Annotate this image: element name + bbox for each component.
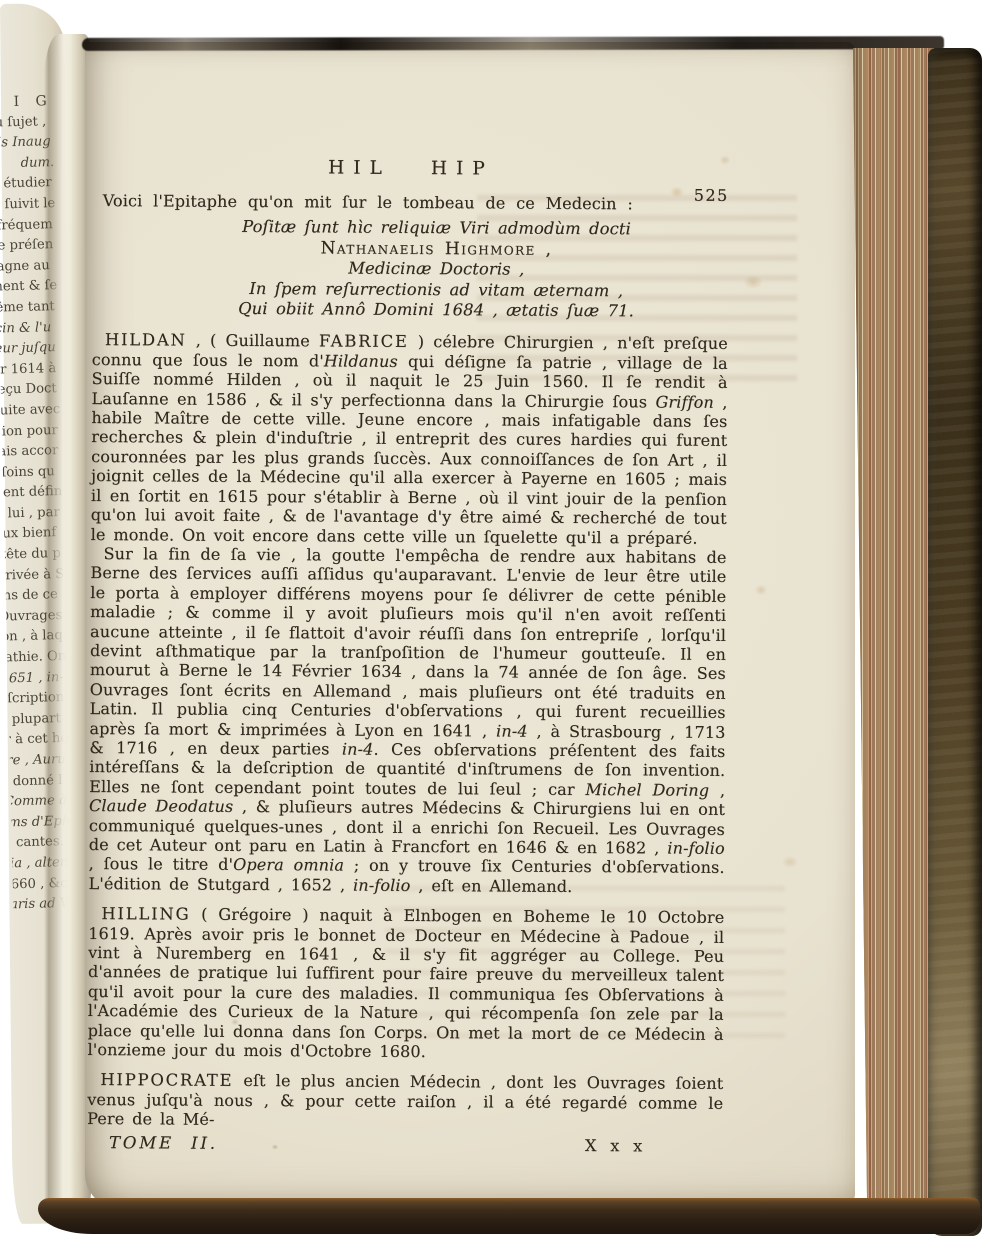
recto-page: HIL HIP 525 Voici l'Epitaphe qu'on mit ſ… <box>85 42 855 1208</box>
book-cover-edge <box>928 48 982 1236</box>
epitaph-line: Qui obiit Annô Domini 1684 , ætatis ſuæ … <box>144 298 728 322</box>
entry-paragraph: HILLING ( Grégoire ) naquit à Elnbogen e… <box>87 904 724 1063</box>
fore-edge-pages <box>853 48 939 1198</box>
epitaph-lines: Poſitæ ſunt hìc reliquiæ Viri admodùm do… <box>144 217 729 323</box>
tome-label: TOME II. <box>109 1133 218 1153</box>
entries: HILDAN , ( Guillaume FABRICE ) célebre C… <box>87 330 728 1132</box>
page-top-edge <box>82 36 944 51</box>
entry-paragraph: HILDAN , ( Guillaume FABRICE ) célebre C… <box>91 330 728 547</box>
page-number: 525 <box>694 186 729 206</box>
gutter-fold <box>44 34 91 1216</box>
running-head: HIL HIP <box>93 156 729 182</box>
running-head-right: HIP <box>431 158 494 180</box>
page-footer: TOME II. X x x <box>87 1133 723 1163</box>
paragraph: Sur la fin de ſa vie , la goutte l'empêc… <box>88 544 726 897</box>
book-cover-bottom-edge <box>38 1198 980 1234</box>
book-photo: I Gdémie Du ſujet ,lui: Diſſertis Inaugd… <box>0 0 990 1260</box>
epitaph-intro: Voici l'Epitaphe qu'on mit ſur le tombea… <box>93 191 729 214</box>
page-content: HIL HIP 525 Voici l'Epitaphe qu'on mit ſ… <box>87 156 729 1163</box>
signature-mark: X x x <box>585 1136 645 1156</box>
entry-paragraph: HIPPOCRATE eſt le plus ancien Médecin , … <box>87 1070 723 1132</box>
running-head-left: HIL <box>328 157 391 179</box>
